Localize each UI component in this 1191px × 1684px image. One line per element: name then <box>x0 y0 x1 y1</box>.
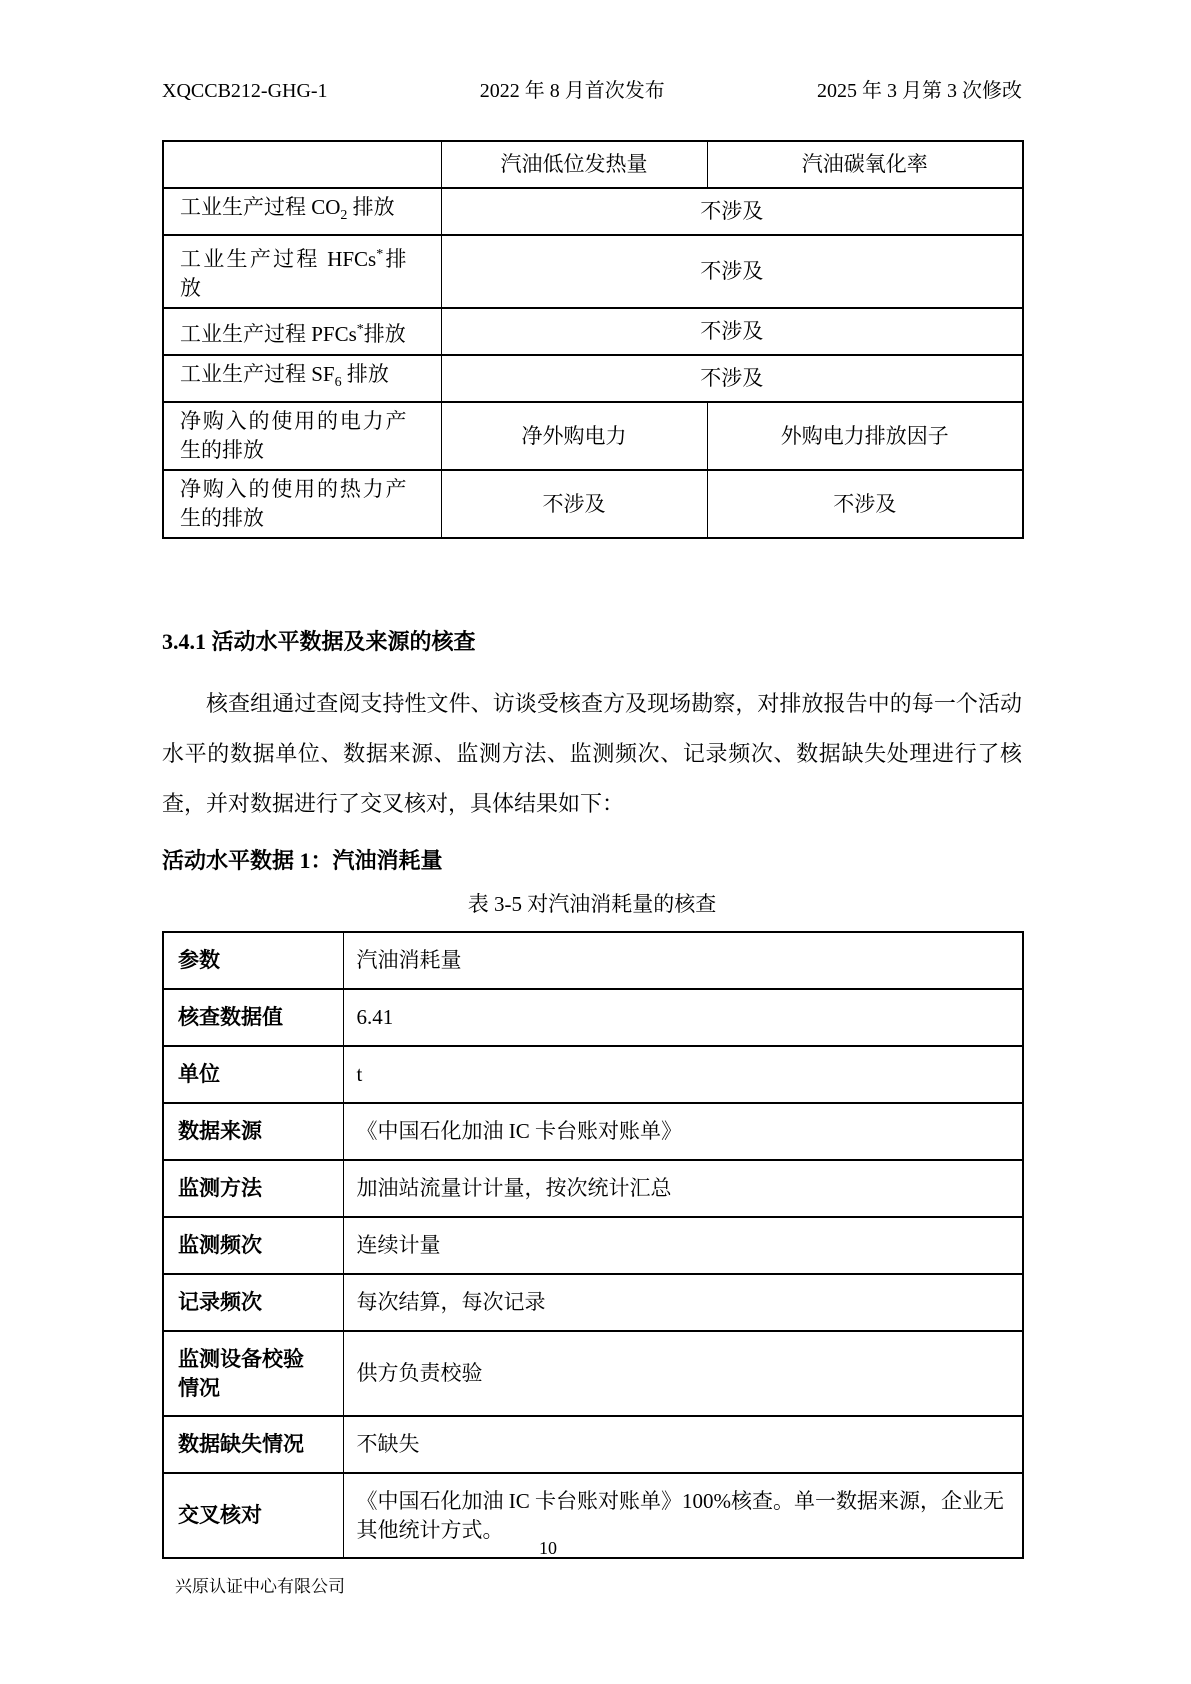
table-row: 净购入的使用的电力产生的排放 净外购电力 外购电力排放因子 <box>163 402 1023 470</box>
param-value: t <box>343 1046 1023 1103</box>
document-header: XQCCB212-GHG-1 2022 年 8 月首次发布 2025 年 3 月… <box>162 78 1022 104</box>
table-row: 工业生产过程 HFCs*排放 不涉及 <box>163 235 1023 308</box>
param-label: 记录频次 <box>163 1274 343 1331</box>
document-page: XQCCB212-GHG-1 2022 年 8 月首次发布 2025 年 3 月… <box>0 0 1191 1684</box>
gasoline-verification-table: 参数 汽油消耗量 核查数据值 6.41 单位 t 数据来源 《中国石化加油 IC… <box>162 931 1024 1559</box>
content-column: XQCCB212-GHG-1 2022 年 8 月首次发布 2025 年 3 月… <box>162 0 1022 1559</box>
factor-value: 外购电力排放因子 <box>707 402 1023 470</box>
factor-value: 不涉及 <box>441 235 1023 308</box>
revision-date: 2025 年 3 月第 3 次修改 <box>817 78 1022 104</box>
factor-value: 不涉及 <box>707 470 1023 538</box>
table-row: 数据缺失情况 不缺失 <box>163 1416 1023 1473</box>
param-value: 连续计量 <box>343 1217 1023 1274</box>
table-row: 参数 汽油消耗量 <box>163 932 1023 989</box>
table-row: 工业生产过程 SF6 排放 不涉及 <box>163 355 1023 402</box>
param-label: 监测方法 <box>163 1160 343 1217</box>
section-heading: 3.4.1 活动水平数据及来源的核查 <box>162 627 1022 657</box>
factor-value: 净外购电力 <box>441 402 707 470</box>
page-number: 10 <box>0 1538 1096 1559</box>
subscript: 6 <box>335 375 342 390</box>
factor-value: 不涉及 <box>441 355 1023 402</box>
factor-value: 不涉及 <box>441 308 1023 355</box>
factor-label-co2: 工业生产过程 CO2 排放 <box>163 188 441 235</box>
param-value: 6.41 <box>343 989 1023 1046</box>
table-row: 监测方法 加油站流量计计量，按次统计汇总 <box>163 1160 1023 1217</box>
param-label: 监测频次 <box>163 1217 343 1274</box>
factor-label-hfcs: 工业生产过程 HFCs*排放 <box>163 235 441 308</box>
table-row: 工业生产过程 CO2 排放 不涉及 <box>163 188 1023 235</box>
param-value: 《中国石化加油 IC 卡台账对账单》 <box>343 1103 1023 1160</box>
first-issue-date: 2022 年 8 月首次发布 <box>480 78 665 104</box>
factor-label-heat: 净购入的使用的热力产生的排放 <box>163 470 441 538</box>
table-row: 净购入的使用的热力产生的排放 不涉及 不涉及 <box>163 470 1023 538</box>
param-value: 不缺失 <box>343 1416 1023 1473</box>
table-caption: 表 3-5 对汽油消耗量的核查 <box>162 889 1022 919</box>
table-row: 工业生产过程 PFCs*排放 不涉及 <box>163 308 1023 355</box>
factor-value: 不涉及 <box>441 188 1023 235</box>
header-cell-empty <box>163 141 441 188</box>
param-label: 数据来源 <box>163 1103 343 1160</box>
table-row: 监测频次 连续计量 <box>163 1217 1023 1274</box>
param-value: 供方负责校验 <box>343 1331 1023 1416</box>
activity-data-label: 活动水平数据 1：汽油消耗量 <box>162 845 1022 877</box>
footer-company-name: 兴原认证中心有限公司 <box>175 1572 345 1597</box>
table-row: 数据来源 《中国石化加油 IC 卡台账对账单》 <box>163 1103 1023 1160</box>
param-label: 监测设备校验情况 <box>163 1331 343 1416</box>
factor-label-pfcs: 工业生产过程 PFCs*排放 <box>163 308 441 355</box>
table-row: 监测设备校验情况 供方负责校验 <box>163 1331 1023 1416</box>
factor-value: 不涉及 <box>441 470 707 538</box>
header-cell-lhv: 汽油低位发热量 <box>441 141 707 188</box>
param-value: 加油站流量计计量，按次统计汇总 <box>343 1160 1023 1217</box>
table-row: 记录频次 每次结算，每次记录 <box>163 1274 1023 1331</box>
doc-code: XQCCB212-GHG-1 <box>162 78 328 104</box>
param-value: 汽油消耗量 <box>343 932 1023 989</box>
table-row: 单位 t <box>163 1046 1023 1103</box>
param-value: 每次结算，每次记录 <box>343 1274 1023 1331</box>
header-cell-oxidation: 汽油碳氧化率 <box>707 141 1023 188</box>
factor-label-electricity: 净购入的使用的电力产生的排放 <box>163 402 441 470</box>
table-header-row: 汽油低位发热量 汽油碳氧化率 <box>163 141 1023 188</box>
param-label: 参数 <box>163 932 343 989</box>
body-paragraph: 核查组通过查阅支持性文件、访谈受核查方及现场勘察，对排放报告中的每一个活动水平的… <box>162 679 1022 829</box>
emission-factors-table: 汽油低位发热量 汽油碳氧化率 工业生产过程 CO2 排放 不涉及 工业生产过程 … <box>162 140 1024 539</box>
table-row: 核查数据值 6.41 <box>163 989 1023 1046</box>
param-label: 数据缺失情况 <box>163 1416 343 1473</box>
factor-label-sf6: 工业生产过程 SF6 排放 <box>163 355 441 402</box>
param-label: 核查数据值 <box>163 989 343 1046</box>
superscript: * <box>357 322 364 337</box>
param-label: 单位 <box>163 1046 343 1103</box>
